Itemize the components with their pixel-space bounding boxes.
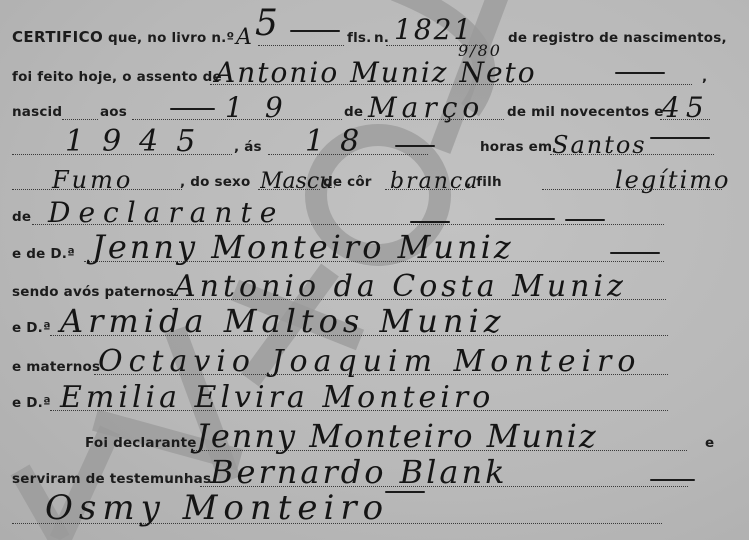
- line-father: de Declarante: [10, 201, 739, 231]
- father-dash-3: [565, 219, 605, 221]
- aos-label: aos: [100, 104, 127, 120]
- e-de-da-label: e de D.ª: [12, 246, 75, 262]
- certificate-paper: CERTIFICO que, no livro n.º A 5 fls. n. …: [0, 0, 749, 540]
- livro-blank: [258, 45, 344, 46]
- de-cor-label: de côr: [323, 174, 372, 190]
- line-mother: e de D.ª Jenny Monteiro Muniz: [10, 238, 739, 268]
- n-label: n.: [374, 30, 389, 46]
- declarant-name: Jenny Monteiro Muniz: [196, 417, 598, 455]
- paternal-grandmother-name: Armida Maltos Muniz: [60, 302, 506, 340]
- father-name: Declarante: [48, 196, 284, 229]
- witness-1-underline: [385, 491, 425, 493]
- witness-2-name: Osmy Monteiro: [45, 488, 389, 528]
- maternos-label: e maternos: [12, 359, 100, 375]
- livro-number: 5: [255, 3, 280, 44]
- day-dash: [170, 108, 215, 110]
- certifico-label: CERTIFICO: [12, 28, 103, 46]
- line-witness-2: Osmy Monteiro: [10, 500, 739, 530]
- maternal-grandfather-name: Octavio Joaquim Monteiro: [98, 344, 641, 379]
- birth-day: 19: [225, 91, 305, 124]
- mother-name: Jenny Monteiro Muniz: [92, 228, 514, 266]
- year-suffix: 45: [662, 91, 710, 124]
- mil-novecentos-label: de mil novecentos e: [507, 104, 664, 120]
- line-sex-color: Fumo , do sexo Masculino de côr branca ,…: [10, 166, 739, 196]
- father-dash-1: [410, 221, 450, 223]
- name-dash: [615, 72, 665, 74]
- da-label-2: e D.ª: [12, 395, 51, 411]
- maternal-grandmother-name: Emilia Elvira Monteiro: [60, 380, 494, 415]
- do-sexo-label: , do sexo: [180, 174, 250, 190]
- testemunhas-label: serviram de testemunhas: [12, 471, 211, 487]
- foi-declarante-label: Foi declarante: [85, 435, 197, 451]
- birth-place: Santos: [552, 131, 647, 159]
- line-maternal-grandfather: e maternos Octavio Joaquim Monteiro: [10, 351, 739, 381]
- avos-paternos-label: sendo avós paternos: [12, 284, 174, 300]
- horas-em-label: horas em: [480, 139, 552, 155]
- line-paternal-grandmother: e D.ª Armida Maltos Muniz: [10, 312, 739, 342]
- fls-label: fls.: [347, 30, 371, 46]
- witness-1-name: Bernardo Blank: [210, 453, 507, 491]
- birth-month: Março: [368, 91, 484, 124]
- witness-1-dash: [650, 479, 695, 481]
- paternal-grandfather-name: Antonio da Costa Muniz: [174, 269, 627, 304]
- birth-place-continued: Fumo: [52, 166, 133, 194]
- nascid-label: nascid: [12, 104, 62, 120]
- father-dash-2: [495, 218, 555, 220]
- line-maternal-grandmother: e D.ª Emilia Elvira Monteiro: [10, 387, 739, 417]
- registro-nascimentos-label: de registro de nascimentos,: [508, 30, 727, 46]
- de-father-label: de: [12, 209, 31, 225]
- line-date: nascid aos 19 de Março de mil novecentos…: [10, 96, 739, 126]
- as-label: , ás: [234, 139, 262, 155]
- da-label-1: e D.ª: [12, 320, 51, 336]
- line-hour-place: 1945 , ás 18 horas em Santos: [10, 131, 739, 161]
- livro-dash: [290, 30, 340, 32]
- name-comma: ,: [702, 69, 707, 85]
- filh-label: , filh: [466, 174, 502, 190]
- assento-label: foi feito hoje, o assento de: [12, 69, 222, 85]
- declarant-e-label: e: [705, 435, 714, 451]
- place-dash: [650, 137, 710, 139]
- filiation-value: legítimo: [615, 166, 730, 194]
- mother-dash: [610, 252, 660, 254]
- birth-year: 1945: [65, 124, 213, 159]
- hour-dash: [395, 145, 435, 147]
- livro-letter: A: [236, 25, 254, 50]
- no-livro-label: que, no livro n.º: [108, 30, 234, 46]
- de-label: de: [344, 104, 363, 120]
- child-name: Antonio Muniz Neto: [215, 56, 537, 89]
- nascid-blank: [62, 119, 98, 120]
- line-livro-folhas: CERTIFICO que, no livro n.º A 5 fls. n. …: [10, 22, 739, 52]
- line-assento: foi feito hoje, o assento de Antonio Mun…: [10, 61, 739, 91]
- birth-hour: 18: [305, 124, 375, 159]
